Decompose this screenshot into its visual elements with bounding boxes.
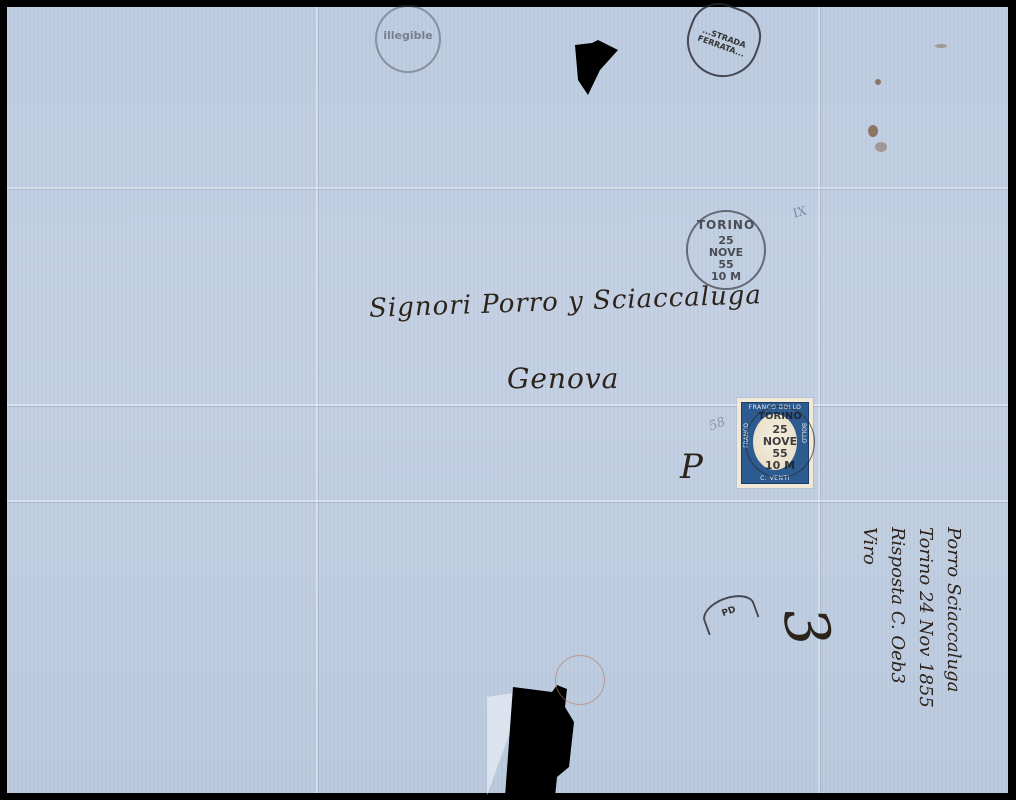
letter-sheet: illegible ...STRADA FERRATA... TORINO 25… xyxy=(7,7,1008,793)
fold-line xyxy=(316,7,318,793)
torino-datestamp: TORINO 25 NOVE 55 10 M xyxy=(686,210,766,290)
roman-numeral-note: IX xyxy=(791,204,807,221)
fold-line xyxy=(7,404,1008,406)
address-line-2: Genova xyxy=(507,362,619,395)
top-right-oval-postmark: ...STRADA FERRATA... xyxy=(677,0,769,87)
ink-stain xyxy=(868,125,878,137)
ink-stain xyxy=(935,44,947,48)
fold-line xyxy=(7,500,1008,502)
pencil-note: 58 xyxy=(707,415,728,435)
stamp-cancel-postmark: TORINO 25 NOVE 55 10 M xyxy=(745,406,815,478)
wax-seal-ring xyxy=(555,655,605,705)
pd-boxed-mark: PD xyxy=(698,589,759,636)
fold-line xyxy=(7,187,1008,189)
top-left-postmark: illegible xyxy=(375,5,441,73)
fold-line xyxy=(818,7,820,793)
ink-stain xyxy=(875,142,887,152)
ink-stain xyxy=(875,79,881,85)
seal-tear-hole xyxy=(570,40,620,95)
large-numeral-mark: 3 xyxy=(768,602,844,652)
docket-notes: Porro Sciaccaluga Torino 24 Nov 1855 Ris… xyxy=(855,527,967,708)
charge-mark: P xyxy=(680,447,703,487)
postage-stamp: FRANCO BOLLO FRANCO BOLLO C. VENTI TORIN… xyxy=(737,398,813,488)
address-line-1: Signori Porro y Sciaccaluga xyxy=(369,280,763,324)
